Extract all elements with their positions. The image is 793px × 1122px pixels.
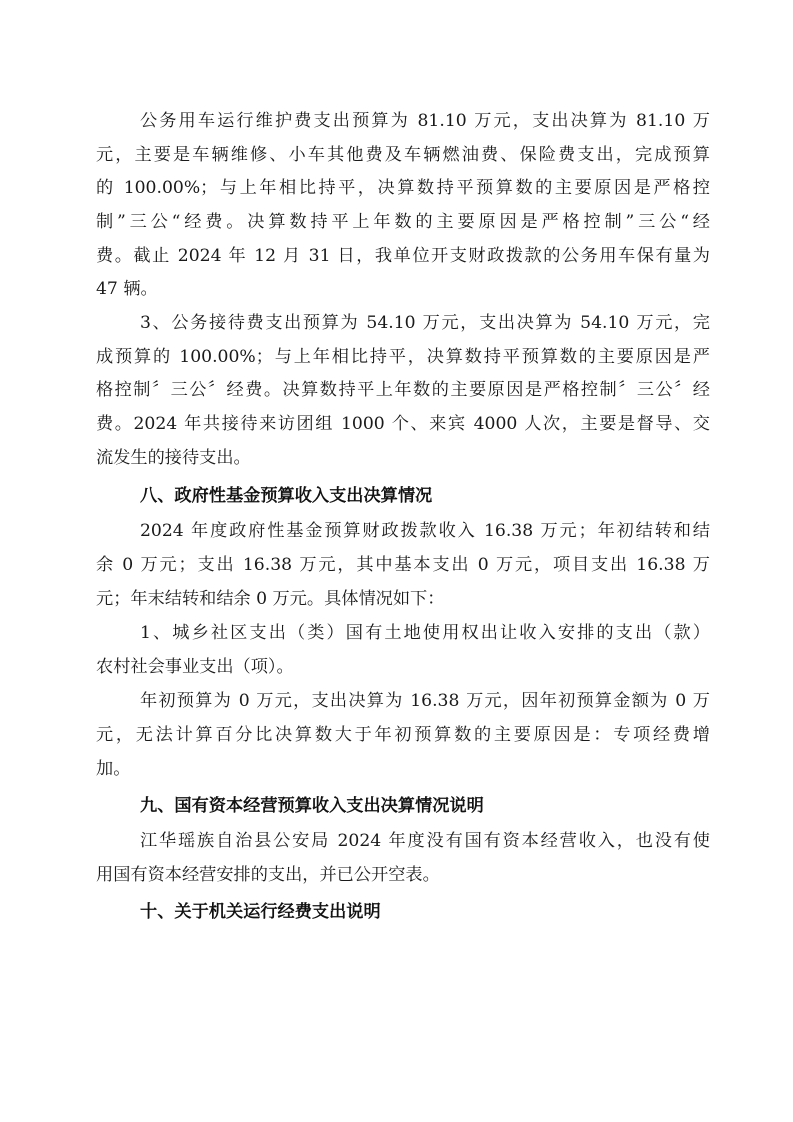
paragraph-line: 加。 bbox=[96, 757, 710, 781]
paragraph-line: 格控制〞三公〞经费。决算数持平上年数的主要原因是严格控制〞三公〞经 bbox=[96, 378, 710, 402]
paragraph-line: 3、公务接待费支出预算为 54.10 万元，支出决算为 54.10 万元，完 bbox=[140, 311, 710, 335]
paragraph-line: 47 辆。 bbox=[96, 277, 710, 301]
paragraph-line: 制”三公“经费。决算数持平上年数的主要原因是严格控制”三公“经 bbox=[96, 210, 710, 234]
paragraph-line: 元，主要是车辆维修、小车其他费及车辆燃油费、保险费支出，完成预算 bbox=[96, 143, 710, 167]
paragraph-line: 成预算的 100.00%；与上年相比持平，决算数持平预算数的主要原因是严 bbox=[96, 345, 710, 369]
paragraph-line: 2024 年度政府性基金预算财政拨款收入 16.38 万元；年初结转和结 bbox=[140, 519, 710, 543]
section-heading-8: 八、政府性基金预算收入支出决算情况 bbox=[140, 483, 432, 509]
paragraph-line: 农村社会事业支出（项）。 bbox=[96, 655, 710, 679]
paragraph-line: 用国有资本经营安排的支出，并已公开空表。 bbox=[96, 863, 710, 887]
paragraph-line: 元；年末结转和结余 0 万元。具体情况如下： bbox=[96, 587, 710, 611]
paragraph-line: 费。截止 2024 年 12 月 31 日，我单位开支财政拨款的公务用车保有量为 bbox=[96, 244, 710, 268]
paragraph-line: 费。2024 年共接待来访团组 1000 个、来宾 4000 人次，主要是督导、… bbox=[96, 412, 710, 436]
paragraph-line: 余 0 万元；支出 16.38 万元，其中基本支出 0 万元，项目支出 16.3… bbox=[96, 553, 710, 577]
paragraph-line: 1、城乡社区支出（类）国有土地使用权出让收入安排的支出（款） bbox=[140, 621, 710, 645]
paragraph-line: 公务用车运行维护费支出预算为 81.10 万元，支出决算为 81.10 万 bbox=[140, 109, 710, 133]
paragraph-line: 流发生的接待支出。 bbox=[96, 446, 710, 470]
paragraph-line: 年初预算为 0 万元，支出决算为 16.38 万元，因年初预算金额为 0 万 bbox=[140, 689, 710, 713]
paragraph-line: 江华瑶族自治县公安局 2024 年度没有国有资本经营收入，也没有使 bbox=[140, 829, 710, 853]
section-heading-9: 九、国有资本经营预算收入支出决算情况说明 bbox=[140, 793, 484, 819]
section-heading-10: 十、关于机关运行经费支出说明 bbox=[140, 899, 381, 925]
document-page: 公务用车运行维护费支出预算为 81.10 万元，支出决算为 81.10 万 元，… bbox=[0, 0, 793, 1122]
paragraph-line: 元，无法计算百分比决算数大于年初预算数的主要原因是：专项经费增 bbox=[96, 723, 710, 747]
paragraph-line: 的 100.00%；与上年相比持平，决算数持平预算数的主要原因是严格控 bbox=[96, 176, 710, 200]
